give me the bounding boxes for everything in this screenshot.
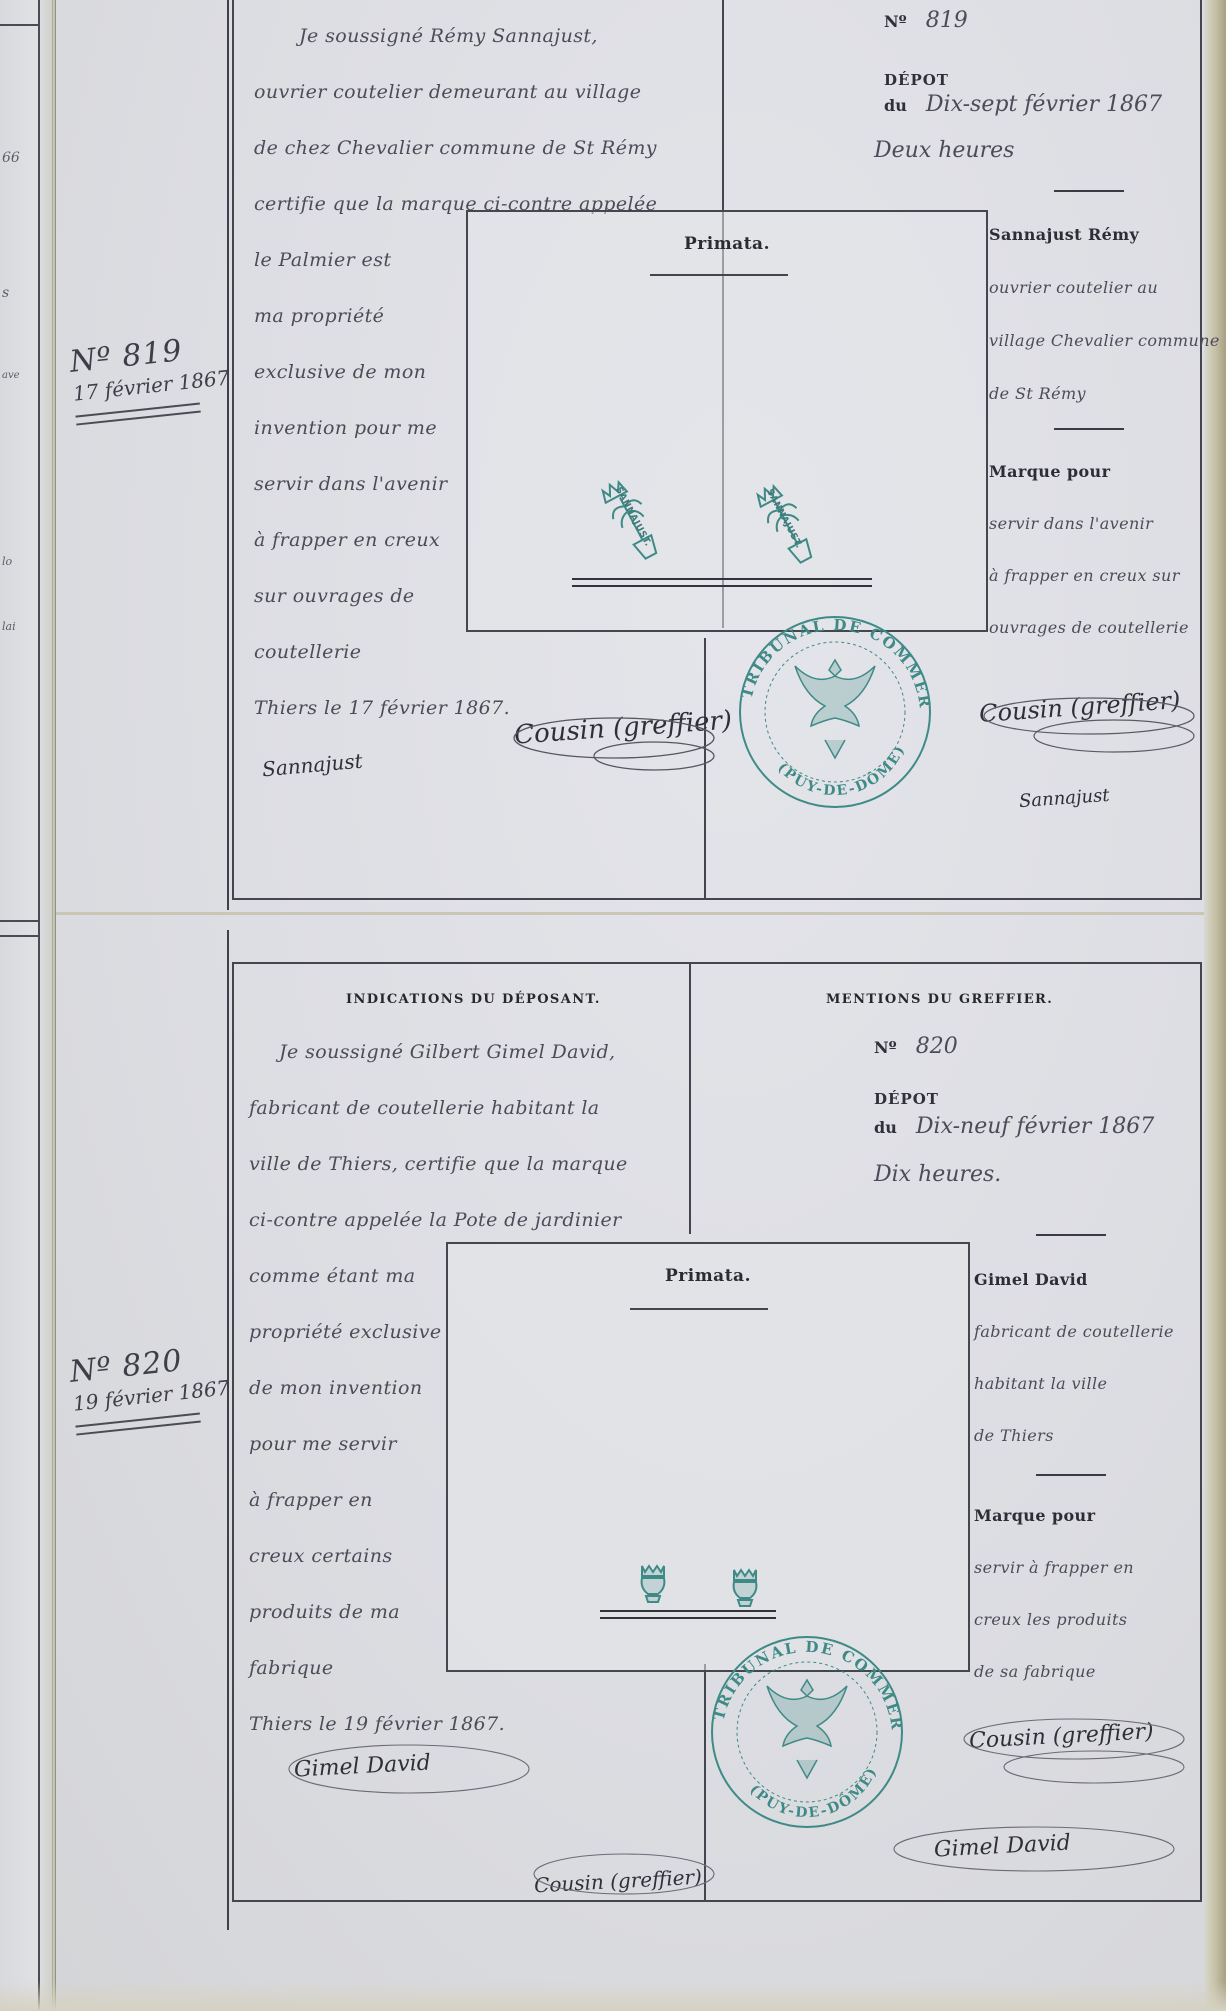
signature-flourish xyxy=(504,698,724,788)
left-page-edge: 66 s ave lo lai xyxy=(0,0,54,2011)
flower-pot-mark-icon xyxy=(728,1566,762,1610)
primata-box: Primata. SANNAJUST. SANNAJUST. xyxy=(466,210,988,632)
double-underline xyxy=(75,403,200,426)
margin-entry: Nº 819 17 février 1867 xyxy=(68,328,236,425)
clerk-depositor-description: Sannajust Rémy ouvrier coutelier au vill… xyxy=(989,208,1220,420)
primata-title: Primata. xyxy=(468,234,986,254)
left-page-rule xyxy=(0,935,38,937)
margin-column: Nº 820 19 février 1867 xyxy=(58,930,228,1930)
flower-pot-mark-icon xyxy=(636,1562,670,1606)
left-page-rule xyxy=(0,920,38,922)
section-rule xyxy=(1054,428,1124,430)
du-label: du xyxy=(874,1118,897,1137)
du-label: du xyxy=(884,96,907,115)
page-bottom-edge xyxy=(0,1981,1226,2011)
double-underline xyxy=(75,1413,200,1436)
column-divider xyxy=(689,964,691,1234)
left-page-rule xyxy=(0,24,38,26)
signature-flourish xyxy=(974,678,1204,768)
record-separator xyxy=(56,912,1204,915)
margin-column: Nº 819 17 février 1867 xyxy=(58,0,228,910)
double-rule xyxy=(572,578,872,587)
court-seal-icon: TRIBUNAL DE COMMERCE DE THIERS (PUY-DE-D… xyxy=(720,600,950,820)
depot-label: DÉPOT xyxy=(884,71,949,89)
primata-underline xyxy=(630,1308,768,1310)
deposit-hour: Deux heures xyxy=(874,138,1014,163)
depositor-signature: Sannajust xyxy=(261,749,363,782)
deposit-number: 819 xyxy=(926,8,968,33)
deposit-hour: Dix heures. xyxy=(874,1162,1001,1187)
section-rule xyxy=(1054,190,1124,192)
deposit-date: Dix-neuf février 1867 xyxy=(916,1114,1154,1139)
left-page-fragment: 66 xyxy=(2,150,20,166)
book-gutter xyxy=(52,0,56,2011)
signature-flourish xyxy=(279,1729,539,1809)
section-rule xyxy=(1036,1474,1106,1476)
number-label: Nº xyxy=(874,1038,897,1057)
margin-rule xyxy=(227,930,229,1930)
left-page-rule xyxy=(38,0,40,2011)
left-page-fragment: lai xyxy=(2,620,16,633)
court-seal-icon: TRIBUNAL DE COMMERCE DE THIERS (PUY-DE-D… xyxy=(692,1622,922,1842)
depot-label: DÉPOT xyxy=(874,1090,939,1108)
signature-flourish xyxy=(524,1844,724,1914)
left-page-fragment: ave xyxy=(2,370,20,381)
clerk-mark-usage: Marque pour servir à frapper en creux le… xyxy=(974,1490,1134,1698)
double-rule xyxy=(600,1610,776,1619)
left-page-fragment: s xyxy=(2,285,9,301)
left-page-fragment: lo xyxy=(2,555,12,568)
section-rule xyxy=(1036,1234,1106,1236)
margin-rule xyxy=(227,0,229,910)
primata-underline xyxy=(650,274,788,276)
clerk-mentions: Nº 820 DÉPOT du Dix-neuf février 1867 Di… xyxy=(874,1034,1184,1234)
clerk-mentions: Nº 819 DÉPOT du Dix-sept février 1867 De… xyxy=(884,8,1184,208)
depositor-signature: Sannajust xyxy=(1018,785,1110,812)
margin-entry: Nº 820 19 février 1867 xyxy=(68,1338,236,1435)
clerk-mark-usage: Marque pour servir dans l'avenir à frapp… xyxy=(989,446,1189,654)
clerk-depositor-description: Gimel David fabricant de coutellerie hab… xyxy=(974,1254,1174,1462)
svg-text:(PUY-DE-DÔME): (PUY-DE-DÔME) xyxy=(746,1764,881,1821)
clerk-column-header: MENTIONS DU GREFFIER. xyxy=(826,992,1053,1007)
deposit-date: Dix-sept février 1867 xyxy=(926,92,1162,117)
deposit-number: 820 xyxy=(916,1034,958,1059)
depositor-column-header: INDICATIONS DU DÉPOSANT. xyxy=(346,992,601,1007)
primata-title: Primata. xyxy=(448,1266,968,1286)
signature-flourish xyxy=(884,1809,1184,1889)
number-label: Nº xyxy=(884,12,907,31)
primata-box: Primata. xyxy=(446,1242,970,1672)
signature-flourish xyxy=(954,1709,1194,1799)
